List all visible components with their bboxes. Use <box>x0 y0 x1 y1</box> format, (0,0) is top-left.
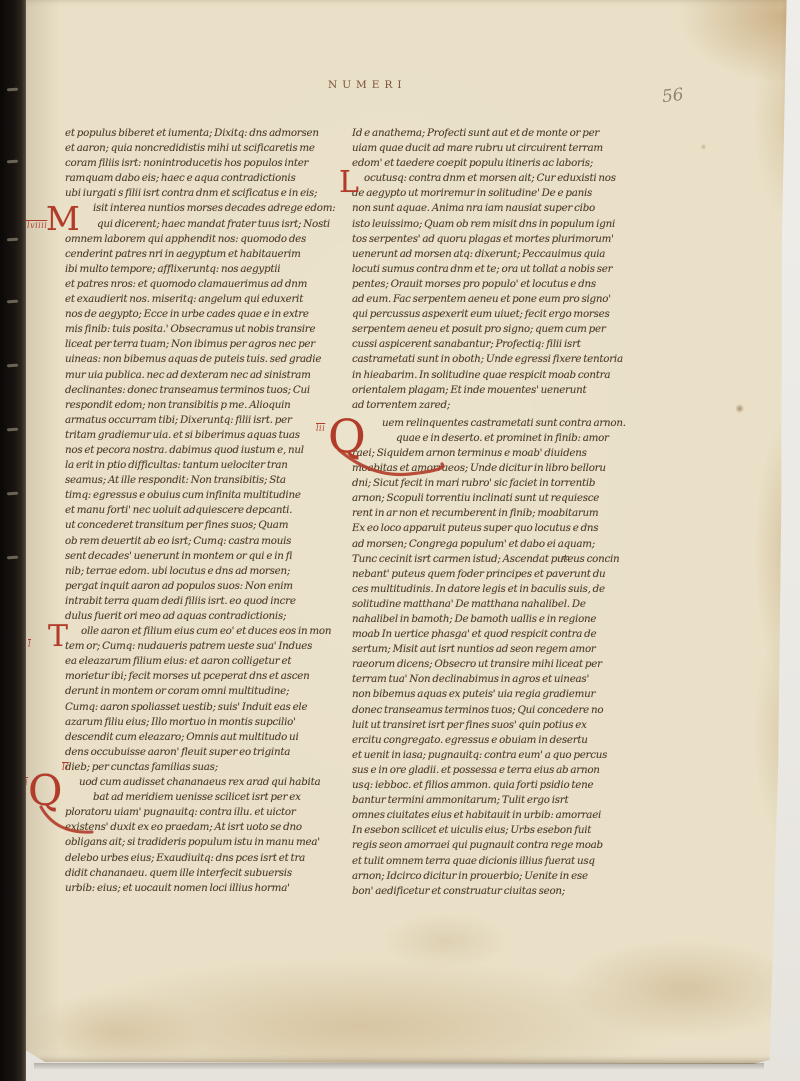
text-line: tem or; Cumq: nudaueris patrem ueste sua… <box>65 639 327 654</box>
text-line: omnes ciuitates eius et habitauit in urb… <box>352 808 632 823</box>
text-line: sus e in ore gladii. et possessa e terra… <box>352 763 632 778</box>
text-line: nos et pecora nostra. dabimus quod iustu… <box>65 443 327 458</box>
text-line: ad torrentem zared; <box>352 398 632 413</box>
text-line: ercitu congregato. egressus e obuiam in … <box>352 733 632 748</box>
page-edge-mark <box>7 88 18 92</box>
text-line: ad morsen; Congrega populum' et dabo ei … <box>352 537 632 552</box>
initial-q-right-tail <box>334 448 446 486</box>
text-line: bat ad meridiem uenisse scilicet isrt pe… <box>65 790 327 805</box>
text-line: ob rem deuertit ab eo isrt; Cumq: castra… <box>65 534 327 549</box>
page-edge-mark <box>7 428 18 432</box>
chapter-initial-m: M <box>46 202 80 235</box>
text-line: orientalem plagam; Et inde mouentes' uen… <box>352 383 632 398</box>
text-line: sent decades' uenerunt in montem or qui … <box>65 549 327 564</box>
text-line: arnon; Idcirco dicitur in prouerbio; Uen… <box>352 869 632 884</box>
text-line: dulus fuerit ori meo ad aquas contradict… <box>65 609 327 624</box>
text-line: et patres nros: et quomodo clamauerimus … <box>65 277 327 292</box>
text-line: regis seon amorraei qui pugnauit contra … <box>352 838 632 853</box>
page-edge-mark <box>7 492 18 496</box>
text-line: cenderint patres nri in aegyptum et habi… <box>65 247 327 262</box>
text-line: solitudine matthana' De matthana nahalib… <box>352 597 632 612</box>
text-line: ibi multo tempore; afflixeruntq: nos aeg… <box>65 262 327 277</box>
text-line: ad eum. Fac serpentem aeneu et pone eum … <box>352 292 632 307</box>
text-line: coram filiis isrt: nonintroducetis hos p… <box>65 156 327 171</box>
text-line: isto leuissimo; Quam ob rem misit dns in… <box>352 217 632 232</box>
text-line: descendit cum eleazaro; Omnis aut multit… <box>65 730 327 745</box>
text-line: Id e anathema; Profecti sunt aut et de m… <box>352 126 632 141</box>
page-edge-mark <box>7 364 18 368</box>
text-line: bon' aedificetur et construatur ciuitas … <box>352 884 632 899</box>
text-line: arnon; Scopuli torrentiu inclinati sunt … <box>352 491 632 506</box>
text-line: tritam gradiemur uia. et si biberimus aq… <box>65 428 327 443</box>
text-line: tos serpentes' ad quoru plagas et mortes… <box>352 232 632 247</box>
text-line: delebo urbes eius; Exaudiuitq: dns pces … <box>65 851 327 866</box>
text-line: et uenit in iasa; pugnauitq: contra eum'… <box>352 748 632 763</box>
text-line: rent in ar non et recumberent in finib; … <box>352 506 632 521</box>
margin-chapter-number-li-above: li <box>62 763 69 773</box>
text-line: declinantes: donec transeamus terminos t… <box>65 383 327 398</box>
page-bottom-shadow <box>34 1063 764 1070</box>
text-line: de aegypto ut moriremur in solitudine' D… <box>352 186 632 201</box>
text-line: ocutusq: contra dnm et morsen ait; Cur e… <box>352 171 632 186</box>
text-line: omnem laborem qui apphendit nos: quomodo… <box>65 232 327 247</box>
text-line: serpentem aeneu et posuit pro signo; que… <box>352 322 632 337</box>
text-line: In esebon scilicet et uiculis eius; Urbs… <box>352 823 632 838</box>
text-line: edom' et taedere coepit populu itineris … <box>352 156 632 171</box>
chapter-initial-l: L <box>339 168 359 198</box>
text-column-right: Id e anathema; Profecti sunt aut et de m… <box>352 126 632 899</box>
text-line: mis finib: tuis posita.' Obsecramus ut n… <box>65 322 327 337</box>
text-line: nos de aegypto; Ecce in urbe cades quae … <box>65 307 327 322</box>
chapter-initial-t: T <box>48 622 68 652</box>
margin-chapter-number-lii: lii <box>316 424 325 433</box>
initial-q-left-tail <box>36 804 110 846</box>
text-line: armatus occurram tibi; Dixeruntq: filii … <box>65 413 327 428</box>
text-line: isit interea nuntios morses decades adre… <box>65 201 327 216</box>
page-edge-mark <box>7 238 18 242</box>
text-column-left: et populus biberet et iumenta; Dixitq: d… <box>65 126 327 896</box>
folio-number: 56 <box>661 85 685 107</box>
text-line: ut concederet transitum per fines suos; … <box>65 518 327 533</box>
text-line: raeorum dicens; Obsecro ut transire mihi… <box>352 657 632 672</box>
text-line: dieb; per cunctas familias suas; <box>65 760 327 775</box>
running-header: NUMERI <box>328 79 407 91</box>
text-line: seamus; At ille respondit: Non transibit… <box>65 473 327 488</box>
text-line: respondit edom; non transibitis p me. Al… <box>65 398 327 413</box>
page-edge-mark <box>7 556 18 560</box>
text-line: mur uia publica. nec ad dexteram nec ad … <box>65 368 327 383</box>
text-line: urbib: eius; et uocauit nomen loci illiu… <box>65 881 327 896</box>
text-line: uiam quae ducit ad mare rubru ut circuir… <box>352 141 632 156</box>
text-line: uod cum audisset chananaeus rex arad qui… <box>65 775 327 790</box>
text-line: non bibemus aquas ex puteis' uia regia g… <box>352 687 632 702</box>
interlinear-correction-ra: ra <box>562 554 570 562</box>
text-line: nahalibel in bamoth; De bamoth uallis e … <box>352 612 632 627</box>
text-line: et exaudierit nos. miseritq: angelum qui… <box>65 292 327 307</box>
text-line: liceat per terra tuam; Non ibimus per ag… <box>65 337 327 352</box>
text-line: Cumq: aaron spoliasset uestib; suis' Ind… <box>65 700 327 715</box>
text-line: la erit in ptio difficultas: tantum uelo… <box>65 458 327 473</box>
text-line: intrabit terra quam dedi filiis isrt. eo… <box>65 594 327 609</box>
text-line: moab In uertice phasga' et quod respicit… <box>352 627 632 642</box>
text-line: pergat inquit aaron ad populos suos: Non… <box>65 579 327 594</box>
text-line: dens occubuisse aaron' fleuit super eo t… <box>65 745 327 760</box>
text-line: Ex eo loco apparuit puteus super quo loc… <box>352 521 632 536</box>
text-line: azarum filiu eius; Illo mortuo in montis… <box>65 715 327 730</box>
text-line: usq: iebboc. et filios ammon. quia forti… <box>352 778 632 793</box>
margin-chapter-number-l: l <box>28 640 31 649</box>
page-edge-mark <box>7 300 18 304</box>
text-line: et populus biberet et iumenta; Dixitq: d… <box>65 126 327 141</box>
text-line: bantur termini ammonitarum; Tulit ergo i… <box>352 793 632 808</box>
text-line: non sunt aquae. Anima nra iam nausiat su… <box>352 201 632 216</box>
text-line: quae e in deserto. et prominet in finib:… <box>352 431 632 446</box>
text-line: sertum; Misit aut isrt nuntios ad seon r… <box>352 642 632 657</box>
book-binding-edge <box>0 0 26 1081</box>
text-line: nib; terrae edom. ubi locutus e dns ad m… <box>65 564 327 579</box>
text-line: ea eleazarum filium eius: et aaron colli… <box>65 654 327 669</box>
text-line: et aaron; quia noncredidistis mihi ut sc… <box>65 141 327 156</box>
text-line: locuti sumus contra dnm et te; ora ut to… <box>352 262 632 277</box>
text-line: luit ut transiret isrt per fines suos' q… <box>352 718 632 733</box>
text-line: uineas: non bibemus aquas de puteis tuis… <box>65 352 327 367</box>
text-line: derunt in montem or coram omni multitudi… <box>65 684 327 699</box>
text-line: qui dicerent; haec mandat frater tuus is… <box>65 217 327 232</box>
text-line: in hieabarim. In solitudine quae respici… <box>352 368 632 383</box>
text-line: ramquam dabo eis; haec e aqua contradict… <box>65 171 327 186</box>
text-line: ubi iurgati s filii isrt contra dnm et s… <box>65 186 327 201</box>
manuscript-photo: NUMERI 56 et populus biberet et iumenta;… <box>0 0 800 1081</box>
text-line: uem relinquentes castrametati sunt contr… <box>352 416 632 431</box>
text-line: castrametati sunt in oboth; Unde egressi… <box>352 352 632 367</box>
text-line: timq: egressus e obuius cum infinita mul… <box>65 488 327 503</box>
text-line: cussi aspicerent sanabantur; Profectiq: … <box>352 337 632 352</box>
text-line: et tulit omnem terra quae dicionis illiu… <box>352 854 632 869</box>
text-line: didit chananaeu. quem ille interfecit su… <box>65 866 327 881</box>
text-line: et manu forti' nec uoluit adquiescere de… <box>65 503 327 518</box>
text-line: donec transeamus terminos tuos; Qui conc… <box>352 703 632 718</box>
text-line: nebant' puteus quem foder principes et p… <box>352 567 632 582</box>
text-line: ces multitudinis. In datore legis et in … <box>352 582 632 597</box>
page-edge-mark <box>7 160 18 164</box>
parchment-page: NUMERI 56 et populus biberet et iumenta;… <box>22 0 792 1064</box>
text-line: morietur ibi; fecit morses ut pceperat d… <box>65 669 327 684</box>
text-line: uenerunt ad morsen atq: dixerunt; Peccau… <box>352 247 632 262</box>
text-line: Tunc cecinit isrt carmen istud; Ascendat… <box>352 552 632 567</box>
text-line: olle aaron et filium eius cum eo' et duc… <box>65 624 327 639</box>
text-line: qui percussus aspexerit eum uiuet; fecit… <box>352 307 632 322</box>
text-line: terram tua' Non declinabimus in agros et… <box>352 672 632 687</box>
text-line: pentes; Orauit morses pro populo' et loc… <box>352 277 632 292</box>
